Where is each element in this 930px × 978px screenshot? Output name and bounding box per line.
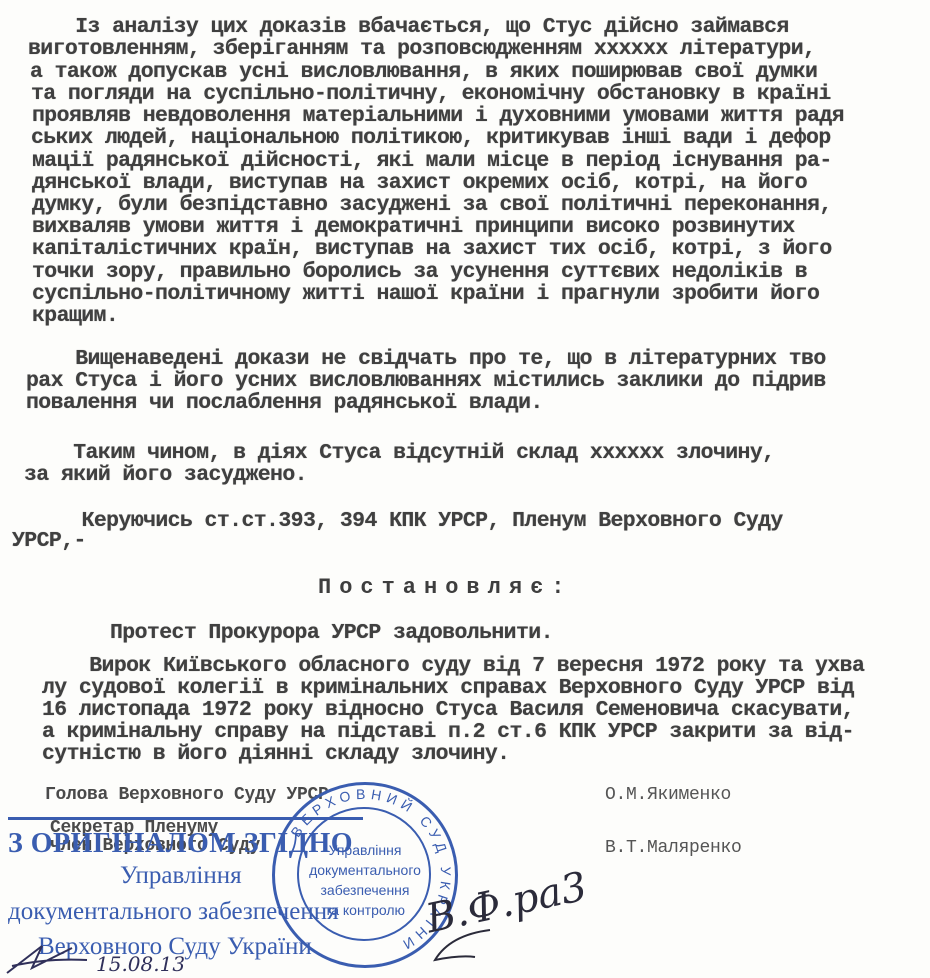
seal-line: документального	[295, 860, 435, 880]
text-line: дянської влади, виступав на захист окрем…	[32, 172, 807, 194]
text-line: повалення чи послаблення радянської влад…	[26, 392, 543, 414]
text-line: та погляди на суспільно-політичну, еконо…	[31, 83, 831, 105]
resolution-heading: Постановляє:	[318, 575, 572, 600]
text-line: лу судової колегії в кримінальних справа…	[42, 677, 854, 699]
signature-name: О.М.Якименко	[605, 785, 731, 805]
text-line: Вищенаведені докази не свідчать про те, …	[26, 348, 826, 370]
text-line: 16 листопада 1972 року відносно Стуса Ва…	[42, 699, 854, 721]
text-line: УРСР,-	[12, 530, 86, 552]
text-line: кращим.	[32, 305, 118, 327]
signature-flourish-icon	[430, 925, 500, 965]
text-line: рах Стуса і його усних висловлюваннях мі…	[26, 370, 826, 392]
seal-line: та контролю	[295, 900, 435, 920]
initials-scribble-icon	[2, 938, 92, 978]
text-line: Керуючись ст.ст.393, 394 КПК УРСР, Плену…	[20, 510, 783, 532]
text-line: за який його засуджено.	[24, 464, 307, 486]
seal-line: забезпечення	[295, 880, 435, 900]
stamp-date: 15.08.13	[96, 952, 185, 976]
seal-line: Управління	[295, 840, 435, 860]
resolution-protest: Протест Прокурора УРСР задовольнити.	[110, 622, 553, 644]
text-line: ських людей, національною політикою, кри…	[31, 127, 831, 149]
text-line: виготовленням, зберіганням та розповсюдж…	[28, 38, 815, 60]
stamp-line: Управління	[120, 862, 242, 890]
text-line: капіталістичних країн, виступав на захис…	[32, 238, 832, 260]
text-line: а також допускав усні висловлювання, в я…	[30, 61, 817, 83]
text-line: сутністю в його діянні складу злочину.	[42, 743, 509, 765]
signature-name: В.Т.Маляренко	[605, 838, 742, 858]
text-line: Із аналізу цих доказів вбачається, що Ст…	[26, 16, 789, 38]
text-line: вихваляв умови життя і демократичні прин…	[32, 216, 795, 238]
seal-inner-text: Управління документального забезпечення …	[295, 840, 435, 920]
text-line: Таким чином, в діях Стуса відсутній скла…	[24, 442, 774, 464]
text-line: проявляв невдоволення матеріальними і ду…	[32, 105, 844, 127]
text-line: а кримінальну справу на підставі п.2 ст.…	[42, 721, 854, 743]
text-line: думку, були безпідставно засуджені за св…	[32, 194, 832, 216]
text-line: мації радянської дійсності, які мали міс…	[32, 150, 832, 172]
document-page: Із аналізу цих доказів вбачається, що Ст…	[0, 0, 930, 978]
text-line: суспільно-політичному житті нашої країни…	[32, 283, 819, 305]
text-line: Вирок Київського обласного суду від 7 ве…	[40, 655, 864, 677]
text-line: точки зору, правильно боролись за усунен…	[32, 261, 807, 283]
